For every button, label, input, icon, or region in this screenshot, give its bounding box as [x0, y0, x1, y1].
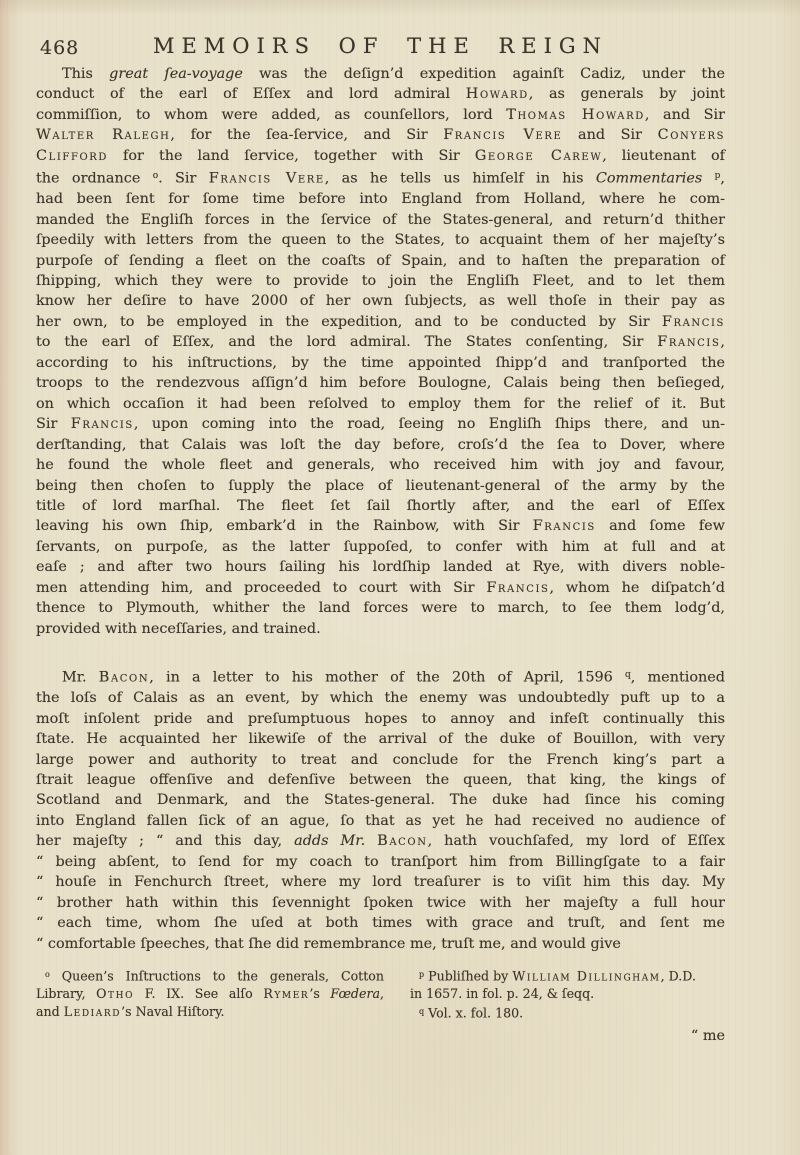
text-segment: know her deſire to have 2000 of her own …	[36, 293, 725, 309]
text-line: to the earl of Eſſex, and the lord admir…	[36, 332, 725, 352]
footnote-line: o Queen’s Inſtructions to the generals, …	[36, 966, 384, 985]
small-caps-name: Francis	[657, 334, 720, 350]
text-line: Scotland and Denmark, and the States-gen…	[36, 790, 725, 810]
page-title: MEMOIRS OF THE REIGN	[36, 34, 725, 58]
small-caps-name: Clifford	[36, 148, 108, 164]
text-segment: the loſs of Calais as an event, by which…	[36, 690, 725, 706]
text-line: derſtanding, that Calais was loſt the da…	[36, 435, 725, 455]
text-line: “ comfortable ſpeeches, that ſhe did rem…	[36, 934, 725, 954]
small-caps-name: Francis	[662, 314, 725, 330]
text-line: ſtate. He acquainted her likewiſe of the…	[36, 729, 725, 749]
text-segment: Sir	[36, 416, 71, 432]
text-segment: , upon coming into the road, ſeeing no E…	[134, 416, 725, 432]
italic-text: Fœdera	[330, 986, 380, 1001]
text-segment: ,	[720, 334, 725, 350]
text-segment: conduct of the earl of Eſſex and lord ad…	[36, 86, 466, 102]
text-line: “ each time, whom ſhe uſed at both times…	[36, 913, 725, 933]
text-segment: leaving his own ſhip, embark’d in the Ra…	[36, 518, 533, 534]
text-segment: her majeſty ; “ and this day,	[36, 833, 294, 849]
text-segment: , in a letter to his mother of the 20th …	[149, 670, 625, 686]
text-segment: moſt inſolent pride and preſumptuous hop…	[36, 711, 725, 727]
small-caps-name: Francis	[71, 416, 134, 432]
text-segment: being then choſen to ſupply the place of…	[36, 478, 725, 494]
footnote-line: and Lediard’s Naval Hiſtory.	[36, 1003, 384, 1021]
text-line: “ houſe in Fenchurch ſtreet, where my lo…	[36, 872, 725, 892]
text-line: thence to Plymouth, whither the land for…	[36, 598, 725, 618]
text-segment: was the deſign’d expedition againſt Cadi…	[243, 66, 725, 82]
text-segment: “ comfortable ſpeeches, that ſhe did rem…	[36, 936, 621, 952]
text-segment: Publiſhed by	[424, 969, 512, 984]
text-segment	[365, 833, 377, 849]
text-line: on which occaſion it had been reſolved t…	[36, 394, 725, 414]
text-segment: title of lord marſhal. The fleet ſet ſai…	[36, 498, 725, 514]
text-line: commiſſion, to whom were added, as counſ…	[36, 105, 725, 125]
small-caps-name: Thomas Howard	[506, 107, 645, 123]
text-segment: to the earl of Eſſex, and the lord admir…	[36, 334, 657, 350]
text-line: “ brother hath within this ſevennight ſp…	[36, 893, 725, 913]
text-line: eaſe ; and after two hours ſailing his l…	[36, 557, 725, 577]
text-segment: on which occaſion it had been reſolved t…	[36, 396, 725, 412]
small-caps-name: Howard	[466, 86, 529, 102]
text-segment: and	[36, 1004, 64, 1019]
footnote-column-left: o Queen’s Inſtructions to the generals, …	[36, 966, 384, 1022]
text-segment: eaſe ; and after two hours ſailing his l…	[36, 559, 725, 575]
text-segment: Library,	[36, 986, 96, 1001]
small-caps-name: Francis Vere	[443, 127, 562, 143]
italic-text: great ſea-voyage	[109, 66, 243, 82]
text-segment: he found the whole fleet and generals, w…	[36, 457, 725, 473]
footnote-line: in 1657. in fol. p. 24, & ſeqq.	[410, 985, 725, 1003]
paragraph-1: This great ſea-voyage was the deſign’d e…	[36, 64, 725, 639]
text-segment: for the land ſervice, together with Sir	[108, 148, 475, 164]
small-caps-name: Bacon	[377, 833, 427, 849]
text-segment: manded the Engliſh forces in the ſervice…	[36, 212, 725, 228]
small-caps-name: Francis Vere	[209, 171, 325, 187]
text-line: know her deſire to have 2000 of her own …	[36, 291, 725, 311]
paragraph-2: Mr. Bacon, in a letter to his mother of …	[36, 665, 725, 954]
body-text: This great ſea-voyage was the deſign’d e…	[36, 64, 725, 954]
small-caps-name: Rymer	[263, 986, 309, 1001]
text-line: purpoſe of ſending a fleet on the coaſts…	[36, 251, 725, 271]
text-segment: . Sir	[158, 171, 209, 187]
text-segment: , hath vouchſafed, my lord of Eſſex	[428, 833, 725, 849]
text-segment: F. IX. See alſo	[134, 986, 263, 1001]
text-segment: thence to Plymouth, whither the land for…	[36, 600, 725, 616]
text-line: Clifford for the land ſervice, together …	[36, 146, 725, 166]
text-line: This great ſea-voyage was the deſign’d e…	[36, 64, 725, 84]
text-line: her own, to be employed in the expeditio…	[36, 312, 725, 332]
text-line: ſhipping, which they were to provide to …	[36, 271, 725, 291]
text-segment: ſtate. He acquainted her likewiſe of the…	[36, 731, 725, 747]
text-segment: ſervants, on purpoſe, as the latter ſupp…	[36, 539, 725, 555]
text-line: her majeſty ; “ and this day, adds Mr. B…	[36, 831, 725, 851]
footnote-line: q Vol. x. fol. 180.	[410, 1003, 725, 1022]
text-line: Mr. Bacon, in a letter to his mother of …	[36, 665, 725, 688]
text-line: large power and authority to treat and c…	[36, 750, 725, 770]
text-segment: large power and authority to treat and c…	[36, 752, 725, 768]
text-line: he found the whole fleet and generals, w…	[36, 455, 725, 475]
text-segment: and Sir	[562, 127, 657, 143]
text-segment: ,	[380, 986, 384, 1001]
text-line: the ordnance o. Sir Francis Vere, as he …	[36, 166, 725, 189]
italic-text: Commentaries	[596, 171, 715, 187]
text-line: conduct of the earl of Eſſex and lord ad…	[36, 84, 725, 104]
text-line: provided with neceſſaries, and trained.	[36, 619, 725, 639]
text-segment: purpoſe of ſending a fleet on the coaſts…	[36, 253, 725, 269]
running-header: 468 MEMOIRS OF THE REIGN	[36, 34, 725, 60]
small-caps-name: George Carew	[475, 148, 602, 164]
text-line: the loſs of Calais as an event, by which…	[36, 688, 725, 708]
text-segment: “ houſe in Fenchurch ſtreet, where my lo…	[36, 874, 725, 890]
text-segment: , lieutenant of	[602, 148, 725, 164]
text-segment: derſtanding, that Calais was loſt the da…	[36, 437, 725, 453]
text-segment: “ being abſent, to ſend for my coach to …	[36, 854, 725, 870]
text-line: ſervants, on purpoſe, as the latter ſupp…	[36, 537, 725, 557]
catchword: “ me	[691, 1026, 725, 1046]
text-line: ſpeedily with letters from the queen to …	[36, 230, 725, 250]
text-segment: Mr.	[62, 670, 99, 686]
text-segment: , whom he diſpatch’d	[549, 580, 725, 596]
text-segment: ſpeedily with letters from the queen to …	[36, 232, 725, 248]
text-line: moſt inſolent pride and preſumptuous hop…	[36, 709, 725, 729]
text-line: “ being abſent, to ſend for my coach to …	[36, 852, 725, 872]
text-line: title of lord marſhal. The fleet ſet ſai…	[36, 496, 725, 516]
text-line: into England fallen ſick of an ague, ſo …	[36, 811, 725, 831]
text-segment: the ordnance	[36, 171, 153, 187]
text-segment: , as generals by joint	[529, 86, 725, 102]
text-segment: ,	[720, 171, 725, 187]
text-segment: “ brother hath within this ſevennight ſp…	[36, 895, 725, 911]
text-segment: “ each time, whom ſhe uſed at both times…	[36, 915, 725, 931]
text-segment: into England fallen ſick of an ague, ſo …	[36, 813, 725, 829]
text-line: being then choſen to ſupply the place of…	[36, 476, 725, 496]
text-segment: , for the ſea-ſervice, and Sir	[170, 127, 443, 143]
text-segment: had been ſent for ſome time before into …	[36, 191, 725, 207]
small-caps-name: Francis	[486, 580, 549, 596]
text-segment: her own, to be employed in the expeditio…	[36, 314, 662, 330]
text-line: according to his inſtructions, by the ti…	[36, 353, 725, 373]
italic-text: adds Mr.	[294, 833, 365, 849]
text-segment: men attending him, and proceeded to cour…	[36, 580, 486, 596]
text-segment: Vol. x. fol. 180.	[424, 1005, 523, 1020]
footnote-column-right: p Publiſhed by William Dillingham, D.D.i…	[410, 966, 725, 1022]
text-line: troops to the rendezvous aſſign’d him be…	[36, 373, 725, 393]
text-line: had been ſent for ſome time before into …	[36, 189, 725, 209]
text-line: men attending him, and proceeded to cour…	[36, 578, 725, 598]
small-caps-name: Walter Ralegh	[36, 127, 170, 143]
text-segment: Queen’s Inſtructions to the generals, Co…	[50, 969, 384, 984]
text-segment: ſhipping, which they were to provide to …	[36, 273, 725, 289]
text-segment: commiſſion, to whom were added, as counſ…	[36, 107, 506, 123]
small-caps-name: Otho	[96, 986, 134, 1001]
text-segment: , mentioned	[631, 670, 725, 686]
text-segment: provided with neceſſaries, and trained.	[36, 621, 321, 637]
small-caps-name: Bacon	[99, 670, 149, 686]
text-line: leaving his own ſhip, embark’d in the Ra…	[36, 516, 725, 536]
footnote-line: p Publiſhed by William Dillingham, D.D.	[410, 966, 725, 985]
small-caps-name: Lediard	[64, 1004, 121, 1019]
text-line: ſtrait league offenſive and defenſive be…	[36, 770, 725, 790]
text-line: Walter Ralegh, for the ſea-ſervice, and …	[36, 125, 725, 145]
book-page: 468 MEMOIRS OF THE REIGN This great ſea-…	[0, 0, 800, 1155]
text-segment: Scotland and Denmark, and the States-gen…	[36, 792, 725, 808]
text-segment: ’s	[309, 986, 330, 1001]
small-caps-name: William Dillingham	[512, 969, 660, 984]
text-line: Sir Francis, upon coming into the road, …	[36, 414, 725, 434]
text-segment: troops to the rendezvous aſſign’d him be…	[36, 375, 725, 391]
text-segment: , and Sir	[645, 107, 725, 123]
text-segment: in 1657. in fol. p. 24, & ſeqq.	[410, 986, 594, 1001]
text-segment: and ſome few	[596, 518, 725, 534]
text-segment: , as he tells us himſelf in his	[325, 171, 596, 187]
footnote-line: Library, Otho F. IX. See alſo Rymer’s Fœ…	[36, 985, 384, 1003]
footnotes: o Queen’s Inſtructions to the generals, …	[36, 966, 725, 1022]
text-line: manded the Engliſh forces in the ſervice…	[36, 210, 725, 230]
text-segment: according to his inſtructions, by the ti…	[36, 355, 725, 371]
small-caps-name: Francis	[533, 518, 596, 534]
text-segment: , D.D.	[661, 969, 696, 984]
text-segment: ’s Naval Hiſtory.	[121, 1004, 224, 1019]
text-segment: This	[62, 66, 109, 82]
small-caps-name: Conyers	[658, 127, 725, 143]
text-segment: ſtrait league offenſive and defenſive be…	[36, 772, 725, 788]
